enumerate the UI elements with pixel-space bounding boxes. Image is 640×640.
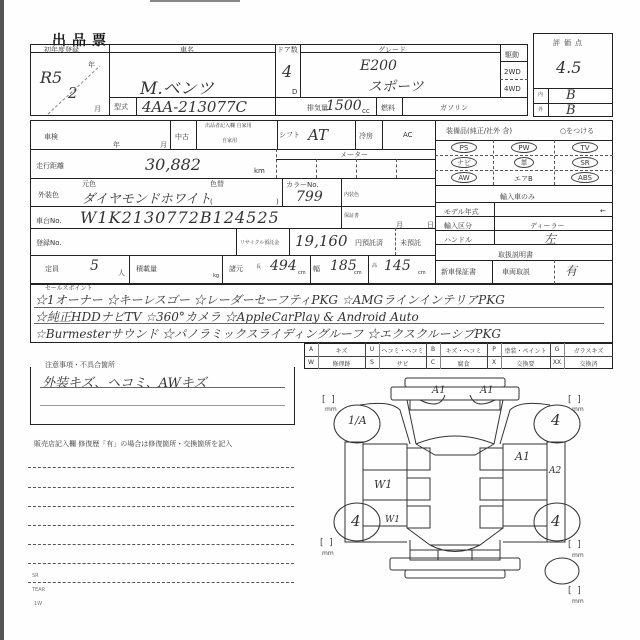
mark-tire-front-right: 4 (551, 411, 561, 429)
mark-left-door: W1 (374, 478, 392, 491)
mark-tire-rear-left: 4 (351, 512, 361, 530)
mark-right-rocker: A2 (549, 466, 561, 476)
auction-sheet: 出品票 初年度登録 年 月 R5 2 車名 M.ベンツ 型式 4AA-21307… (0, 0, 640, 640)
mark-left-rear: W1 (385, 515, 400, 525)
mark-right-front-door: A1 (515, 450, 530, 463)
mark-tire-front-left: 1/A (348, 414, 367, 427)
mark-tire-rear-right: 4 (551, 512, 561, 530)
mark-front-bumper-right: A1 (480, 385, 494, 396)
mark-front-bumper-left: A1 (432, 385, 446, 396)
